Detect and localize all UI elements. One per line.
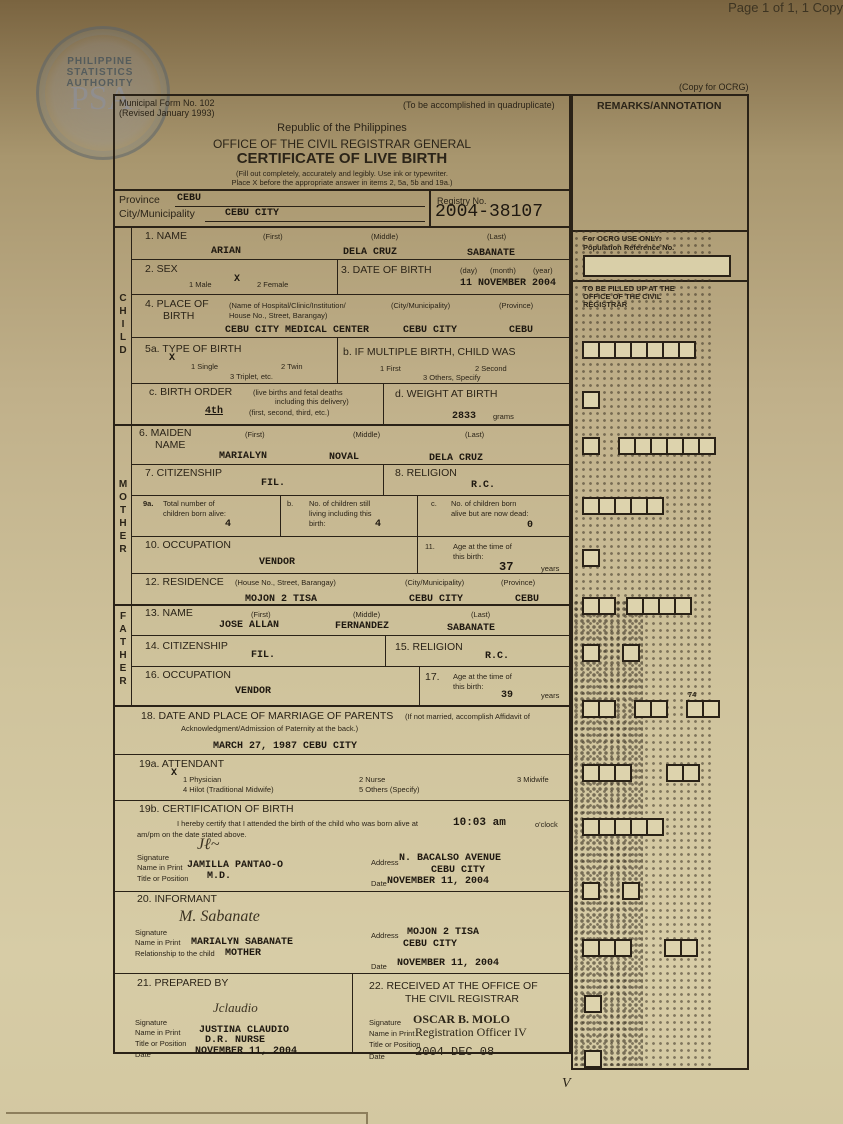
middle-label: (Middle) xyxy=(353,430,380,439)
preparer-signature: Jclaudio xyxy=(213,1000,258,1016)
dead-children-value: 0 xyxy=(527,520,533,531)
age-num: 11. xyxy=(425,542,435,551)
total-num: 9a. xyxy=(143,499,153,508)
first-label: (First) xyxy=(245,430,265,439)
page-indicator: Page 1 of 1, 1 Copy xyxy=(728,0,843,15)
code-boxes-age-3 xyxy=(686,700,718,718)
child-section-label: CHILD xyxy=(117,292,129,357)
sex-label: 2. SEX xyxy=(145,263,178,275)
attendant-mark: X xyxy=(171,768,177,779)
relationship-label: Relationship to the child xyxy=(135,949,215,958)
mother-occupation: VENDOR xyxy=(259,557,295,568)
living-num: b. xyxy=(287,499,293,508)
code-box-a xyxy=(582,644,598,662)
code-box-d xyxy=(622,882,638,900)
birth-time-value: 10:03 am xyxy=(453,817,506,829)
residence-prov-label: (Province) xyxy=(501,578,535,587)
republic-text: Republic of the Philippines xyxy=(115,122,569,134)
code-box-sex xyxy=(582,437,598,455)
mother-first-name: MARIALYN xyxy=(219,451,267,462)
signature-label: Signature xyxy=(369,1018,401,1027)
office-text: OFFICE OF THE CIVIL REGISTRAR GENERAL xyxy=(115,137,569,151)
first-label: (First) xyxy=(263,232,283,241)
multiple-first-option: 1 First xyxy=(380,364,401,373)
hilot-option: 4 Hilot (Traditional Midwife) xyxy=(183,785,274,794)
maiden-name-label-2: NAME xyxy=(155,439,185,451)
prepared-by-label: 21. PREPARED BY xyxy=(137,977,228,989)
received-date: 2004 DEC 08 xyxy=(415,1045,494,1059)
title-label: Title or Position xyxy=(137,874,188,883)
multiple-second-option: 2 Second xyxy=(475,364,507,373)
age-unit: years xyxy=(541,564,559,573)
last-label: (Last) xyxy=(465,430,484,439)
maiden-name-label: 6. MAIDEN xyxy=(139,427,192,439)
mother-age-value: 37 xyxy=(499,560,513,574)
date-label: Date xyxy=(371,962,387,971)
father-occupation-label: 16. OCCUPATION xyxy=(145,669,231,681)
father-age-value: 39 xyxy=(501,690,513,701)
father-citizenship: FIL. xyxy=(251,650,275,661)
dob-year-label: (year) xyxy=(533,266,553,275)
code-box-occupation xyxy=(582,549,598,567)
father-occupation: VENDOR xyxy=(235,686,271,697)
code-boxes-2 xyxy=(582,597,614,615)
child-name-label: 1. NAME xyxy=(145,230,187,242)
marriage-note-1: (If not married, accomplish Affidavit of xyxy=(405,712,530,721)
signature-label: Signature xyxy=(137,853,169,862)
informant-date: NOVEMBER 11, 2004 xyxy=(397,958,499,969)
sex-male-option: 1 Male xyxy=(189,280,212,289)
code-boxes-6 xyxy=(618,437,714,455)
name-in-print-label: Name in Print xyxy=(135,1028,180,1037)
code-boxes-3b xyxy=(582,939,630,957)
child-first-name: ARIAN xyxy=(211,246,241,257)
last-label: (Last) xyxy=(471,610,490,619)
mother-citizenship-label: 7. CITIZENSHIP xyxy=(145,467,222,479)
marriage-label: 18. DATE AND PLACE OF MARRIAGE OF PARENT… xyxy=(141,710,393,722)
informant-address-1: MOJON 2 TISA xyxy=(407,927,479,938)
birth-type-label: 5a. TYPE OF BIRTH xyxy=(145,343,241,355)
birth-order-note-3: (first, second, third, etc.) xyxy=(249,408,329,417)
code-boxes-5 xyxy=(582,497,662,515)
document-title: CERTIFICATE OF LIVE BIRTH xyxy=(115,150,569,167)
middle-label: (Middle) xyxy=(353,610,380,619)
remarks-title: REMARKS/ANNOTATION xyxy=(597,100,721,112)
weight-value: 2833 xyxy=(452,411,476,422)
address-label: Address xyxy=(371,931,399,940)
form-revised: (Revised January 1993) xyxy=(119,108,215,118)
code-box-f xyxy=(584,1050,600,1068)
province-label: Province xyxy=(119,194,160,206)
name-in-print-label: Name in Print xyxy=(137,863,182,872)
preparer-date: NOVEMBER 11, 2004 xyxy=(195,1046,297,1057)
pob-label-2: BIRTH xyxy=(163,310,194,322)
others-option: 5 Others (Specify) xyxy=(359,785,419,794)
pob-city-label: (City/Municipality) xyxy=(391,301,450,310)
code-box-b xyxy=(622,644,638,662)
code-boxes-3 xyxy=(582,764,630,782)
pob-province: CEBU xyxy=(509,325,533,336)
pob-hosp-label: (Name of Hospital/Clinic/Institution/ xyxy=(229,301,346,310)
father-first-name: JOSE ALLAN xyxy=(219,620,279,631)
received-by-label: 22. RECEIVED AT THE OFFICE OF xyxy=(369,980,538,992)
am-pm-text: am/pm on the date stated above. xyxy=(137,830,247,839)
mother-middle-name: NOVAL xyxy=(329,452,359,463)
name-in-print-label: Name in Print xyxy=(135,938,180,947)
total-children-value: 4 xyxy=(225,519,231,530)
age-unit: years xyxy=(541,691,559,700)
ocrg-reference-input[interactable] xyxy=(583,255,731,277)
informant-label: 20. INFORMANT xyxy=(137,893,217,905)
province-value: CEBU xyxy=(177,193,201,204)
child-last-name: SABANATE xyxy=(467,248,515,259)
nurse-option: 2 Nurse xyxy=(359,775,385,784)
certification-label: 19b. CERTIFICATION OF BIRTH xyxy=(139,803,294,815)
mother-citizenship: FIL. xyxy=(261,478,285,489)
certifier-date: NOVEMBER 11, 2004 xyxy=(387,876,489,887)
code-boxes-5b xyxy=(582,818,662,836)
dob-label: 3. DATE OF BIRTH xyxy=(341,264,432,276)
code-box-1 xyxy=(582,391,598,409)
living-children-value: 4 xyxy=(375,519,381,530)
sex-female-option: 2 Female xyxy=(257,280,288,289)
dob-value: 11 NOVEMBER 2004 xyxy=(460,278,556,289)
oclock-text: o'clock xyxy=(535,820,558,829)
informant-name: MARIALYN SABANATE xyxy=(191,937,293,948)
code-boxes-age-1 xyxy=(582,700,614,718)
mother-age-label: Age at the time of this birth: xyxy=(453,542,523,562)
birth-order-value: 4th xyxy=(205,406,223,417)
date-label: Date xyxy=(371,879,387,888)
certifier-address-2: CEBU CITY xyxy=(431,865,485,876)
physician-option: 1 Physician xyxy=(183,775,221,784)
accomplish-note: (To be accomplished in quadruplicate) xyxy=(403,100,555,110)
father-religion-label: 15. RELIGION xyxy=(395,641,463,653)
living-children-label: No. of children still living including t… xyxy=(309,499,385,529)
residence-label: 12. RESIDENCE xyxy=(145,576,224,588)
copy-note: (Copy for OCRG) xyxy=(679,82,749,92)
certifier-name: JAMILLA PANTAO-O xyxy=(187,860,283,871)
mother-last-name: DELA CRUZ xyxy=(429,453,483,464)
mother-religion-label: 8. RELIGION xyxy=(395,467,457,479)
birth-order-note-2: including this delivery) xyxy=(275,397,349,406)
single-option: 1 Single xyxy=(191,362,218,371)
sex-mark: X xyxy=(234,274,240,285)
dead-children-label: No. of children born alive but are now d… xyxy=(451,499,531,519)
weight-unit: grams xyxy=(493,412,514,421)
margin-check-mark: V xyxy=(562,1076,571,1092)
pob-prov-label: (Province) xyxy=(499,301,533,310)
registrar-title: Registration Officer IV xyxy=(415,1025,527,1040)
father-name-label: 13. NAME xyxy=(145,607,193,619)
residence-city-label: (City/Municipality) xyxy=(405,578,464,587)
code-boxes-4 xyxy=(626,597,690,615)
title-label: Title or Position xyxy=(135,1039,186,1048)
date-label: Date xyxy=(369,1052,385,1061)
pob-city: CEBU CITY xyxy=(403,325,457,336)
father-citizenship-label: 14. CITIZENSHIP xyxy=(145,640,228,652)
name-in-print-label: Name in Print xyxy=(369,1029,414,1038)
multiple-others-option: 3 Others, Specify xyxy=(423,373,481,382)
father-section-label: FATHER xyxy=(117,610,129,688)
informant-address-2: CEBU CITY xyxy=(403,939,457,950)
city-label: City/Municipality xyxy=(119,208,195,220)
birth-order-label: c. BIRTH ORDER xyxy=(149,386,232,398)
father-age-num: 17. xyxy=(425,671,440,683)
certifier-address-1: N. BACALSO AVENUE xyxy=(399,853,501,864)
city-value: CEBU CITY xyxy=(225,208,279,219)
father-religion: R.C. xyxy=(485,651,509,662)
multiple-birth-label: b. IF MULTIPLE BIRTH, CHILD WAS xyxy=(343,346,516,358)
age-code: 74 xyxy=(688,690,696,699)
last-label: (Last) xyxy=(487,232,506,241)
instruction-2: Place X before the appropriate answer in… xyxy=(115,178,569,187)
attendant-label: 19a. ATTENDANT xyxy=(139,758,224,770)
address-label: Address xyxy=(371,858,399,867)
midwife-option: 3 Midwife xyxy=(517,775,549,784)
mother-occupation-label: 10. OCCUPATION xyxy=(145,539,231,551)
code-boxes-2c xyxy=(664,939,696,957)
signature-label: Signature xyxy=(135,1018,167,1027)
residence-house-label: (House No., Street, Barangay) xyxy=(235,578,336,587)
father-age-label: Age at the time of this birth: xyxy=(453,672,523,692)
informant-signature: M. Sabanate xyxy=(179,908,260,926)
pob-label: 4. PLACE OF xyxy=(145,298,209,310)
father-middle-name: FERNANDEZ xyxy=(335,621,389,632)
middle-label: (Middle) xyxy=(371,232,398,241)
code-boxes-7 xyxy=(582,341,694,359)
informant-relationship: MOTHER xyxy=(225,948,261,959)
birth-type-mark: X xyxy=(169,353,175,364)
child-middle-name: DELA CRUZ xyxy=(343,247,397,258)
dead-num: c. xyxy=(431,499,437,508)
marriage-value: MARCH 27, 1987 CEBU CITY xyxy=(213,741,357,752)
pob-house-label: House No., Street, Barangay) xyxy=(229,311,327,320)
pob-hospital: CEBU CITY MEDICAL CENTER xyxy=(225,325,369,336)
certificate-form: Municipal Form No. 102 (Revised January … xyxy=(113,94,571,1054)
mother-section-label: MOTHER xyxy=(117,478,129,556)
received-by-label-2: THE CIVIL REGISTRAR xyxy=(405,993,519,1005)
title-label: Title or Position xyxy=(369,1040,420,1049)
father-last-name: SABANATE xyxy=(447,623,495,634)
total-children-label: Total number of children born alive: xyxy=(163,499,233,519)
registry-value: 2004-38107 xyxy=(435,202,543,222)
preparer-title: D.R. NURSE xyxy=(205,1035,265,1046)
dob-day-label: (day) xyxy=(460,266,477,275)
twin-option: 2 Twin xyxy=(281,362,303,371)
mother-religion: R.C. xyxy=(471,480,495,491)
certifier-title: M.D. xyxy=(207,871,231,882)
code-boxes-age-2 xyxy=(634,700,666,718)
marriage-note-2: Acknowledgment/Admission of Paternity at… xyxy=(181,724,358,733)
form-number: Municipal Form No. 102 xyxy=(119,98,215,108)
code-box-e xyxy=(584,995,600,1013)
certification-text: I hereby certify that I attended the bir… xyxy=(177,819,418,828)
code-boxes-2b xyxy=(666,764,698,782)
code-box-c xyxy=(582,882,598,900)
birth-order-note-1: (live births and fetal deaths xyxy=(253,388,343,397)
signature-label: Signature xyxy=(135,928,167,937)
instruction-1: (Fill out completely, accurately and leg… xyxy=(115,169,569,178)
date-label: Date xyxy=(135,1050,151,1059)
weight-label: d. WEIGHT AT BIRTH xyxy=(395,388,498,400)
first-label: (First) xyxy=(251,610,271,619)
triplet-option: 3 Triplet, etc. xyxy=(230,372,273,381)
underlying-paper-edge xyxy=(6,1112,368,1124)
dob-month-label: (month) xyxy=(490,266,516,275)
